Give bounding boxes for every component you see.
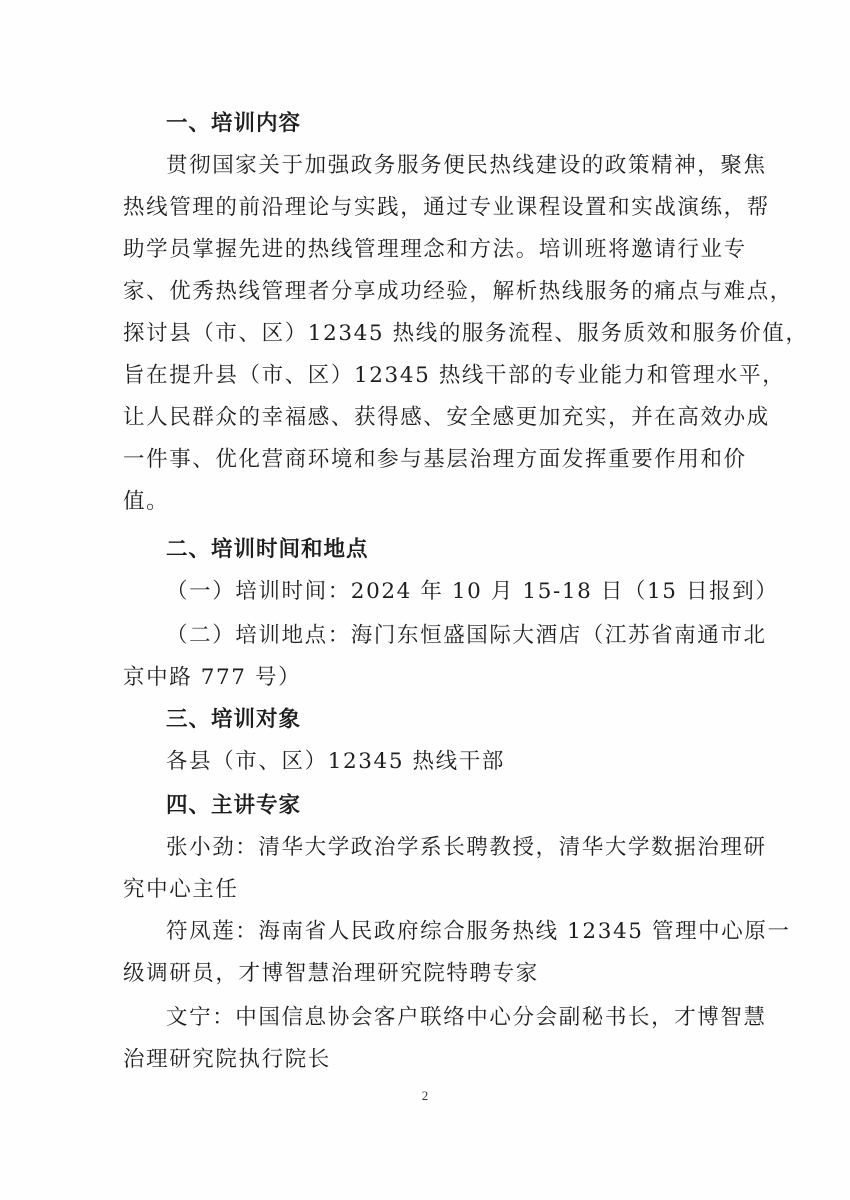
paragraph-line: 让人民群众的幸福感、获得感、安全感更加充实，并在高效办成 (123, 404, 727, 432)
document-page: 一、培训内容 贯彻国家关于加强政务服务便民热线建设的政策精神，聚焦 热线管理的前… (0, 0, 850, 1200)
paragraph-line: 贯彻国家关于加强政务服务便民热线建设的政策精神，聚焦 (166, 152, 727, 180)
expert-zhang: 张小劲：清华大学政治学系长聘教授，清华大学数据治理研 (166, 834, 727, 862)
expert-wen: 文宁：中国信息协会客户联络中心分会副秘书长，才博智慧 (166, 1004, 727, 1032)
expert-fu-cont: 级调研员，才博智慧治理研究院特聘专家 (123, 960, 727, 988)
paragraph-line: 助学员掌握先进的热线管理理念和方法。培训班将邀请行业专 (123, 236, 727, 264)
expert-wen-cont: 治理研究院执行院长 (123, 1046, 727, 1074)
expert-fu: 符凤莲：海南省人民政府综合服务热线 12345 管理中心原一 (166, 918, 727, 946)
paragraph-line: 热线管理的前沿理论与实践，通过专业课程设置和实战演练，帮 (123, 194, 727, 222)
paragraph-line: 值。 (123, 488, 727, 516)
training-location: （二）培训地点：海门东恒盛国际大酒店（江苏省南通市北 (166, 622, 727, 650)
training-audience: 各县（市、区）12345 热线干部 (166, 748, 727, 776)
training-time: （一）培训时间：2024 年 10 月 15-18 日（15 日报到） (166, 578, 727, 606)
training-location-cont: 京中路 777 号） (123, 664, 727, 692)
paragraph-line: 探讨县（市、区）12345 热线的服务流程、服务质效和服务价值， (123, 320, 727, 348)
expert-zhang-cont: 究中心主任 (123, 876, 727, 904)
section-heading-experts: 四、主讲专家 (166, 792, 770, 820)
paragraph-line: 家、优秀热线管理者分享成功经验，解析热线服务的痛点与难点， (123, 278, 727, 306)
paragraph-line: 一件事、优化营商环境和参与基层治理方面发挥重要作用和价 (123, 446, 727, 474)
section-heading-audience: 三、培训对象 (166, 706, 770, 734)
section-heading-time-and-place: 二、培训时间和地点 (166, 536, 770, 564)
page-number: 2 (0, 1088, 850, 1104)
paragraph-line: 旨在提升县（市、区）12345 热线干部的专业能力和管理水平， (123, 362, 727, 390)
section-heading-training-content: 一、培训内容 (166, 110, 770, 138)
